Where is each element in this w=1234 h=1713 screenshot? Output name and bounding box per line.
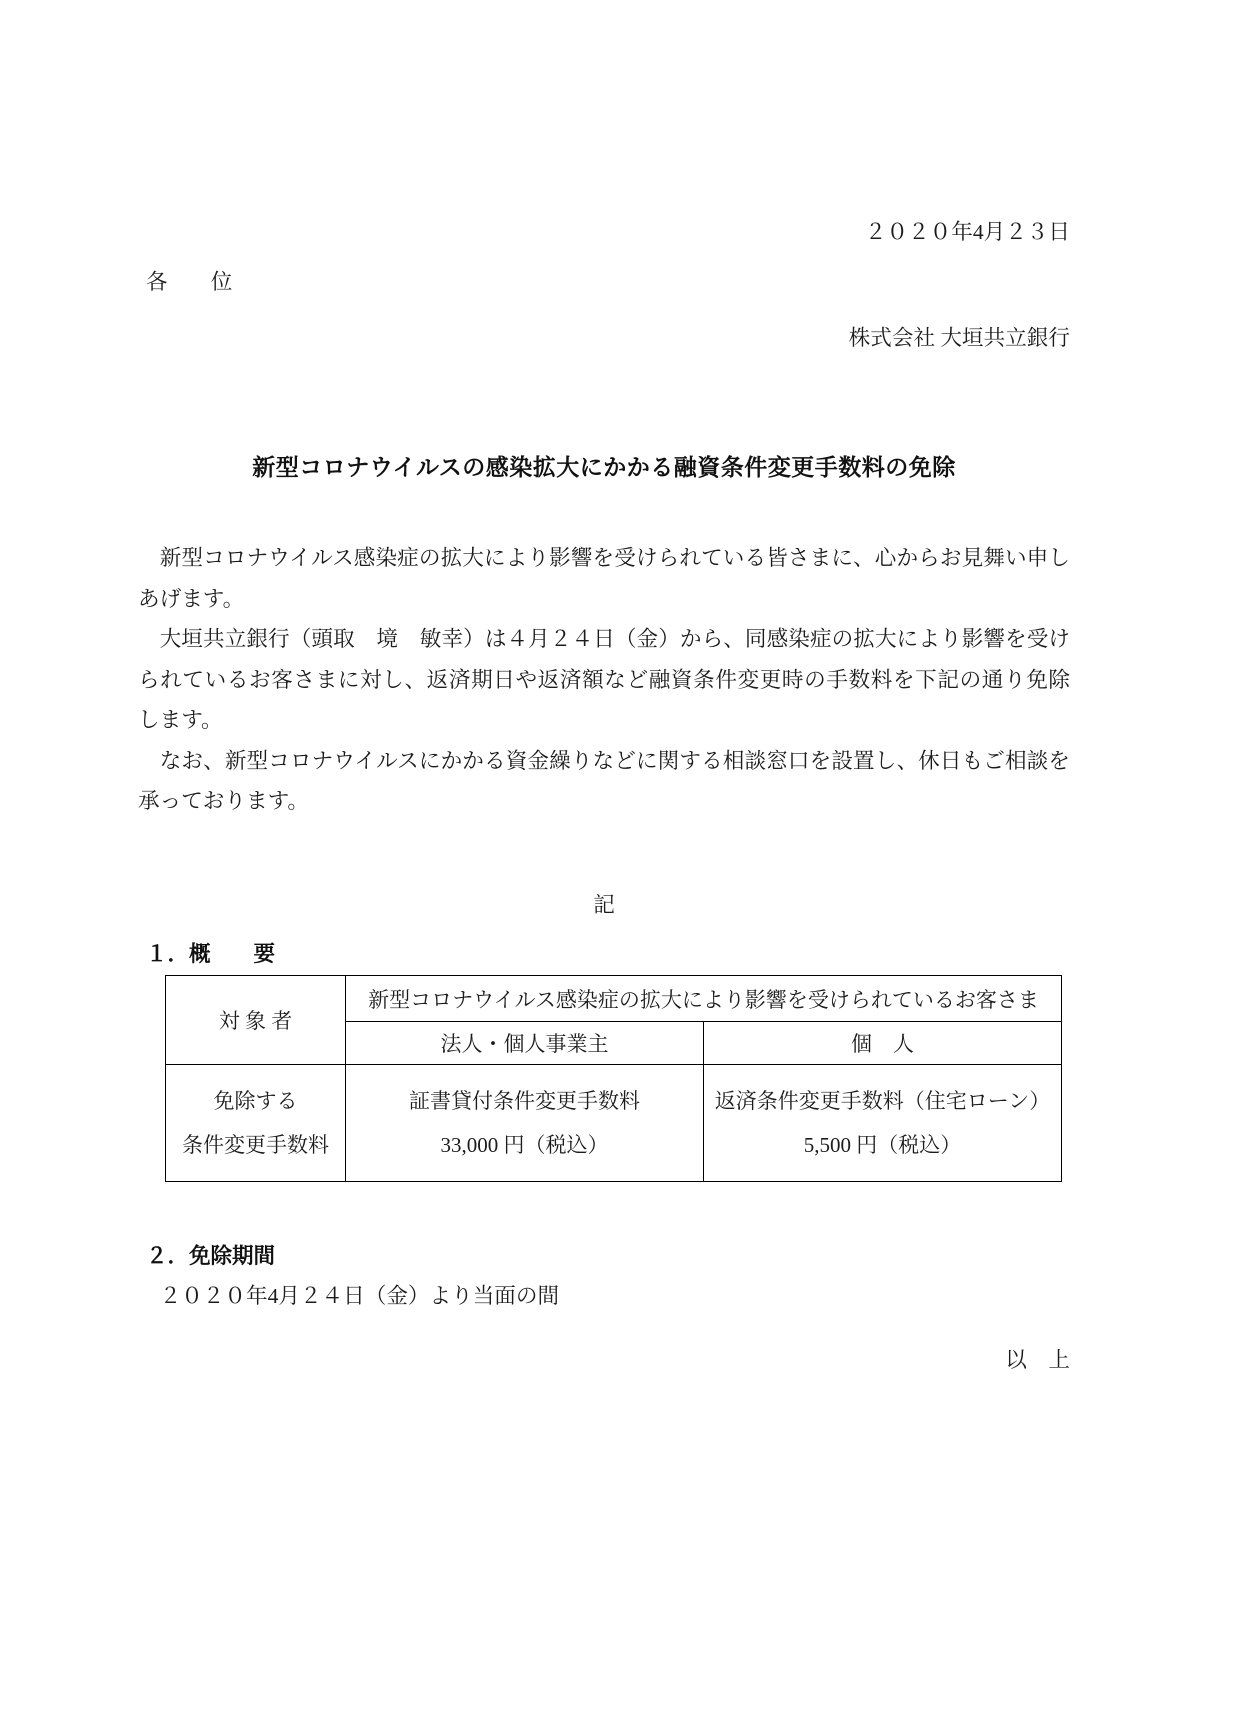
- document-date: ２０２０年4月２３日: [138, 212, 1070, 252]
- waived-fee-label-line1: 免除する: [166, 1079, 345, 1123]
- corporate-fee-cell: 証書貸付条件変更手数料 33,000 円（税込）: [346, 1065, 704, 1182]
- individual-fee-cell: 返済条件変更手数料（住宅ローン） 5,500 円（税込）: [704, 1065, 1062, 1182]
- waived-fee-label-line2: 条件変更手数料: [166, 1123, 345, 1167]
- paragraph3-line2: 承っております。: [138, 781, 1070, 821]
- target-label-cell: 対 象 者: [166, 976, 346, 1065]
- section2-heading: ２．免除期間: [146, 1236, 275, 1276]
- corporate-fee-amount: 33,000 円（税込）: [346, 1123, 703, 1167]
- company-name: 株式会社 大垣共立銀行: [138, 318, 1070, 358]
- document-page: ２０２０年4月２３日 各 位 株式会社 大垣共立銀行 新型コロナウイルスの感染拡…: [0, 0, 1234, 1713]
- affected-customers-header-cell: 新型コロナウイルス感染症の拡大により影響を受けられているお客さま: [346, 976, 1062, 1022]
- paragraph3-line1: なお、新型コロナウイルスにかかる資金繰りなどに関する相談窓口を設置し、休日もご相…: [138, 741, 1070, 781]
- addressee: 各 位: [146, 262, 1078, 302]
- paragraph2-line2: られているお客さまに対し、返済期日や返済額など融資条件変更時の手数料を下記の通り…: [138, 660, 1070, 700]
- waived-fee-label-cell: 免除する 条件変更手数料: [166, 1065, 346, 1182]
- closing-mark: 以 上: [138, 1340, 1070, 1380]
- individual-header-cell: 個 人: [704, 1022, 1062, 1065]
- individual-fee-name: 返済条件変更手数料（住宅ローン）: [704, 1079, 1061, 1123]
- paragraph2-line3: します。: [138, 700, 1070, 740]
- document-content: ２０２０年4月２３日 各 位 株式会社 大垣共立銀行 新型コロナウイルスの感染拡…: [138, 0, 1070, 1713]
- section1-heading: １．概 要: [146, 934, 275, 974]
- individual-fee-amount: 5,500 円（税込）: [704, 1123, 1061, 1167]
- paragraph1-line1: 新型コロナウイルス感染症の拡大により影響を受けられている皆さまに、心からお見舞い…: [138, 538, 1070, 578]
- section2-body: ２０２０年4月２４日（金）より当面の間: [138, 1276, 1070, 1316]
- table-row: 対 象 者 新型コロナウイルス感染症の拡大により影響を受けられているお客さま: [166, 976, 1062, 1022]
- overview-table: 対 象 者 新型コロナウイルス感染症の拡大により影響を受けられているお客さま 法…: [165, 975, 1062, 1182]
- corporate-fee-name: 証書貸付条件変更手数料: [346, 1079, 703, 1123]
- corporate-header-cell: 法人・個人事業主: [346, 1022, 704, 1065]
- record-mark: 記: [138, 885, 1070, 925]
- paragraph1-line2: あげます。: [138, 579, 1070, 619]
- page-title: 新型コロナウイルスの感染拡大にかかる融資条件変更手数料の免除: [138, 449, 1070, 485]
- table-row: 免除する 条件変更手数料 証書貸付条件変更手数料 33,000 円（税込） 返済…: [166, 1065, 1062, 1182]
- paragraph2-line1: 大垣共立銀行（頭取 境 敏幸）は４月２４日（金）から、同感染症の拡大により影響を…: [138, 619, 1070, 659]
